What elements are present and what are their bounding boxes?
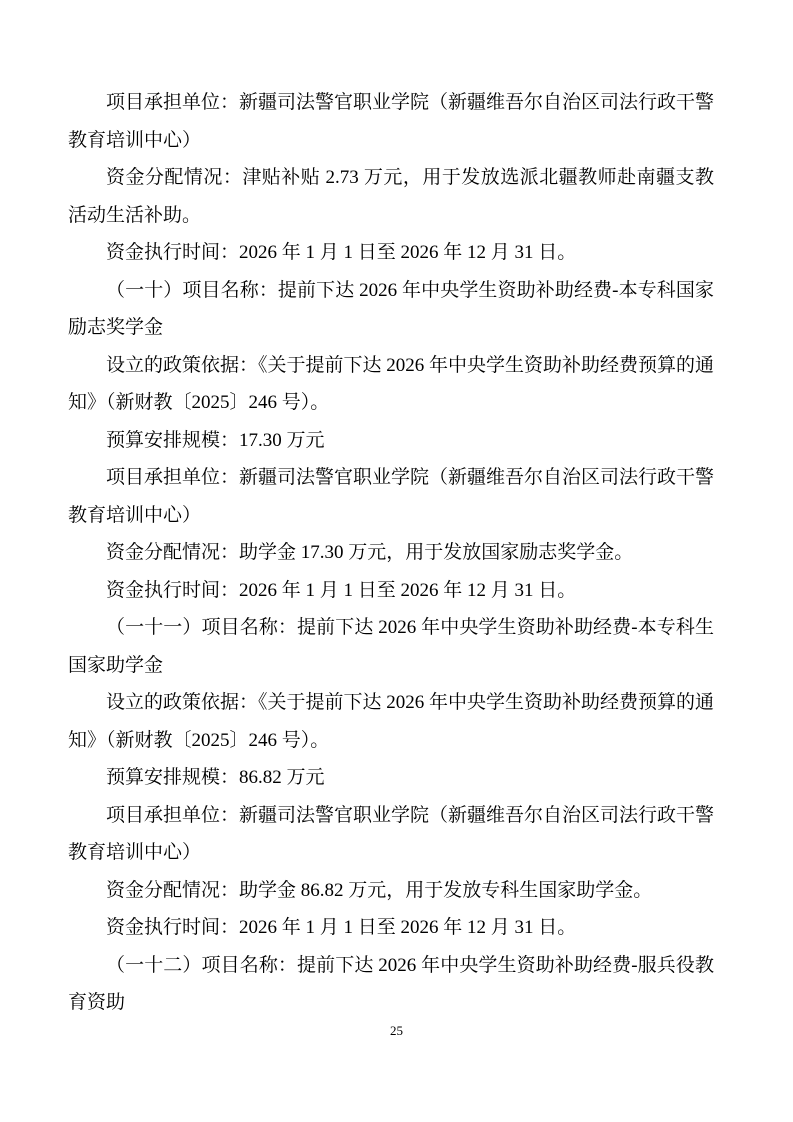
paragraph: （一十）项目名称：提前下达 2026 年中央学生资助补助经费-本专科国家励志奖学…	[68, 272, 714, 347]
document-body: 项目承担单位：新疆司法警官职业学院（新疆维吾尔自治区司法行政干警教育培训中心）资…	[68, 84, 714, 1022]
paragraph: 项目承担单位：新疆司法警官职业学院（新疆维吾尔自治区司法行政干警教育培训中心）	[68, 84, 714, 159]
page-number: 25	[390, 1023, 403, 1038]
paragraph: 设立的政策依据：《关于提前下达 2026 年中央学生资助补助经费预算的通知》（新…	[68, 684, 714, 759]
paragraph: 资金分配情况：助学金 17.30 万元，用于发放国家励志奖学金。	[68, 534, 714, 572]
paragraph: 项目承担单位：新疆司法警官职业学院（新疆维吾尔自治区司法行政干警教育培训中心）	[68, 797, 714, 872]
paragraph: 资金执行时间：2026 年 1 月 1 日至 2026 年 12 月 31 日。	[68, 234, 714, 272]
paragraph: （一十二）项目名称：提前下达 2026 年中央学生资助补助经费-服兵役教育资助	[68, 947, 714, 1022]
paragraph: 资金分配情况：津贴补贴 2.73 万元，用于发放选派北疆教师赴南疆支教活动生活补…	[68, 159, 714, 234]
paragraph: 预算安排规模：17.30 万元	[68, 422, 714, 460]
paragraph: 项目承担单位：新疆司法警官职业学院（新疆维吾尔自治区司法行政干警教育培训中心）	[68, 459, 714, 534]
page-footer: 25	[0, 1022, 793, 1040]
paragraph: 资金执行时间：2026 年 1 月 1 日至 2026 年 12 月 31 日。	[68, 572, 714, 610]
paragraph: （一十一）项目名称：提前下达 2026 年中央学生资助补助经费-本专科生国家助学…	[68, 609, 714, 684]
paragraph: 资金执行时间：2026 年 1 月 1 日至 2026 年 12 月 31 日。	[68, 909, 714, 947]
paragraph: 预算安排规模：86.82 万元	[68, 759, 714, 797]
paragraph: 设立的政策依据：《关于提前下达 2026 年中央学生资助补助经费预算的通知》（新…	[68, 347, 714, 422]
document-page: 项目承担单位：新疆司法警官职业学院（新疆维吾尔自治区司法行政干警教育培训中心）资…	[0, 0, 793, 1122]
paragraph: 资金分配情况：助学金 86.82 万元，用于发放专科生国家助学金。	[68, 872, 714, 910]
